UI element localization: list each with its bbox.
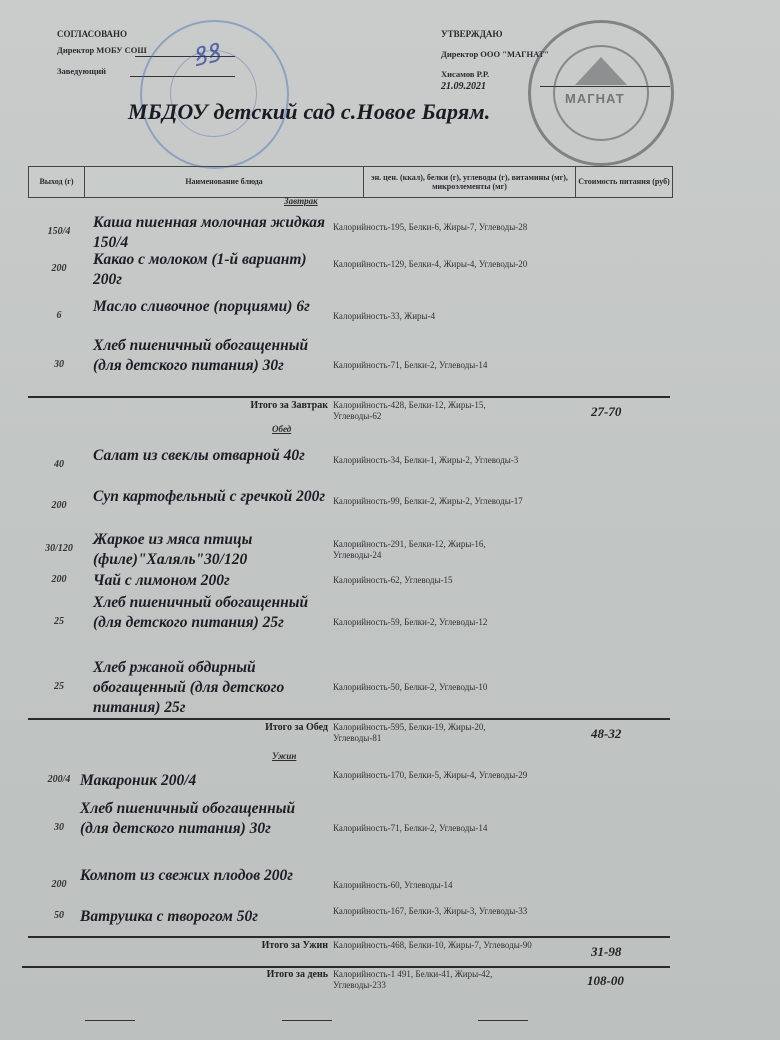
dish-name: Хлеб пшеничный обогащенный (для детского… <box>80 799 325 839</box>
approved-heading: УТВЕРЖДАЮ <box>441 29 503 39</box>
director-name: Хисамов Р.Р. <box>441 69 489 79</box>
manager-label: Заведующий <box>57 66 106 76</box>
company-director-label: Директор ООО "МАГНАТ" <box>441 49 549 59</box>
dish-yield: 200 <box>34 879 84 890</box>
day-total-cost: 108-00 <box>587 973 624 989</box>
column-header-yield: Выход (г) <box>29 167 85 197</box>
dish-nutrition: Калорийность-99, Белки-2, Жиры-2, Углево… <box>333 496 533 507</box>
dish-yield: 30/120 <box>34 543 84 554</box>
dish-nutrition: Калорийность-33, Жиры-4 <box>333 311 533 322</box>
approval-date: 21.09.2021 <box>441 81 486 92</box>
section-divider <box>28 718 670 720</box>
dish-name: Ватрушка с творогом 50г <box>80 907 325 927</box>
dish-yield: 200 <box>34 263 84 274</box>
dish-nutrition: Калорийность-50, Белки-2, Углеводы-10 <box>333 682 533 693</box>
dish-name: Хлеб пшеничный обогащенный (для детского… <box>93 336 338 376</box>
table-header: Выход (г) Наименование блюда эн. цен. (к… <box>28 166 673 198</box>
dish-nutrition: Калорийность-195, Белки-6, Жиры-7, Углев… <box>333 222 533 233</box>
section-heading: Обед <box>272 424 291 434</box>
section-total-cost: 48-32 <box>591 726 621 742</box>
dish-name: Компот из свежих плодов 200г <box>80 866 325 886</box>
dish-yield: 200/4 <box>34 774 84 785</box>
section-total-cost: 27-70 <box>591 404 621 420</box>
dish-nutrition: Калорийность-62, Углеводы-15 <box>333 575 533 586</box>
section-total-label: Итого за Обед <box>265 722 328 733</box>
dish-yield: 25 <box>34 616 84 627</box>
dish-yield: 150/4 <box>34 226 84 237</box>
dish-name: Какао с молоком (1-й вариант) 200г <box>93 250 338 290</box>
dish-name: Макароник 200/4 <box>80 771 325 791</box>
dish-yield: 200 <box>34 500 84 511</box>
dish-name: Каша пшенная молочная жидкая 150/4 <box>93 213 338 253</box>
dish-nutrition: Калорийность-59, Белки-2, Углеводы-12 <box>333 617 533 628</box>
dish-yield: 200 <box>34 574 84 585</box>
company-stamp-icon: МАГНАТ <box>528 20 674 166</box>
dish-yield: 50 <box>34 910 84 921</box>
dish-nutrition: Калорийность-60, Углеводы-14 <box>333 880 533 891</box>
dish-yield: 6 <box>34 310 84 321</box>
dish-nutrition: Калорийность-34, Белки-1, Жиры-2, Углево… <box>333 455 533 466</box>
dish-name: Суп картофельный с гречкой 200г <box>93 487 338 507</box>
section-total-nutrition: Калорийность-595, Белки-19, Жиры-20, Угл… <box>333 722 533 744</box>
column-header-dish: Наименование блюда <box>85 167 364 197</box>
dish-nutrition: Калорийность-71, Белки-2, Углеводы-14 <box>333 360 533 371</box>
dish-name: Салат из свеклы отварной 40г <box>93 446 338 466</box>
dish-nutrition: Калорийность-167, Белки-3, Жиры-3, Углев… <box>333 906 533 917</box>
dish-nutrition: Калорийность-291, Белки-12, Жиры-16, Угл… <box>333 539 533 561</box>
approval-heading: СОГЛАСОВАНО <box>57 29 127 39</box>
dish-yield: 40 <box>34 459 84 470</box>
dish-name: Хлеб пшеничный обогащенный (для детского… <box>93 593 338 633</box>
dish-nutrition: Калорийность-129, Белки-4, Жиры-4, Углев… <box>333 259 533 270</box>
signature-line <box>282 1020 332 1021</box>
dish-yield: 30 <box>34 822 84 833</box>
dish-yield: 30 <box>34 359 84 370</box>
signature-line <box>478 1020 528 1021</box>
school-director-label: Директор МОБУ СОШ <box>57 45 147 55</box>
dish-name: Хлеб ржаной обдирный обогащенный (для де… <box>93 658 338 718</box>
day-total-label: Итого за день <box>267 969 328 980</box>
dish-name: Масло сливочное (порциями) 6г <box>93 297 338 317</box>
dish-nutrition: Калорийность-71, Белки-2, Углеводы-14 <box>333 823 533 834</box>
section-total-nutrition: Калорийность-428, Белки-12, Жиры-15, Угл… <box>333 400 533 422</box>
section-divider <box>28 396 670 398</box>
section-divider <box>28 936 670 938</box>
dish-nutrition: Калорийность-170, Белки-5, Жиры-4, Углев… <box>333 770 533 781</box>
signature-line <box>85 1020 135 1021</box>
section-heading: Ужин <box>272 751 296 761</box>
column-header-cost: Стоимость питания (руб) <box>576 167 672 197</box>
day-divider <box>22 966 670 968</box>
dish-name: Жаркое из мяса птицы (филе)"Халяль"30/12… <box>93 530 338 570</box>
section-total-label: Итого за Завтрак <box>250 400 328 411</box>
page-title: МБДОУ детский сад с.Новое Барям. <box>128 99 490 125</box>
section-total-nutrition: Калорийность-468, Белки-10, Жиры-7, Угле… <box>333 940 533 951</box>
dish-name: Чай с лимоном 200г <box>93 571 338 591</box>
section-heading: Завтрак <box>284 196 318 206</box>
column-header-nutrition: эн. цен. (ккал), белки (г), углеводы (г)… <box>364 167 576 197</box>
section-total-label: Итого за Ужин <box>262 940 328 951</box>
day-total-nutrition: Калорийность-1 491, Белки-41, Жиры-42, У… <box>333 969 533 991</box>
section-total-cost: 31-98 <box>591 944 621 960</box>
dish-yield: 25 <box>34 681 84 692</box>
